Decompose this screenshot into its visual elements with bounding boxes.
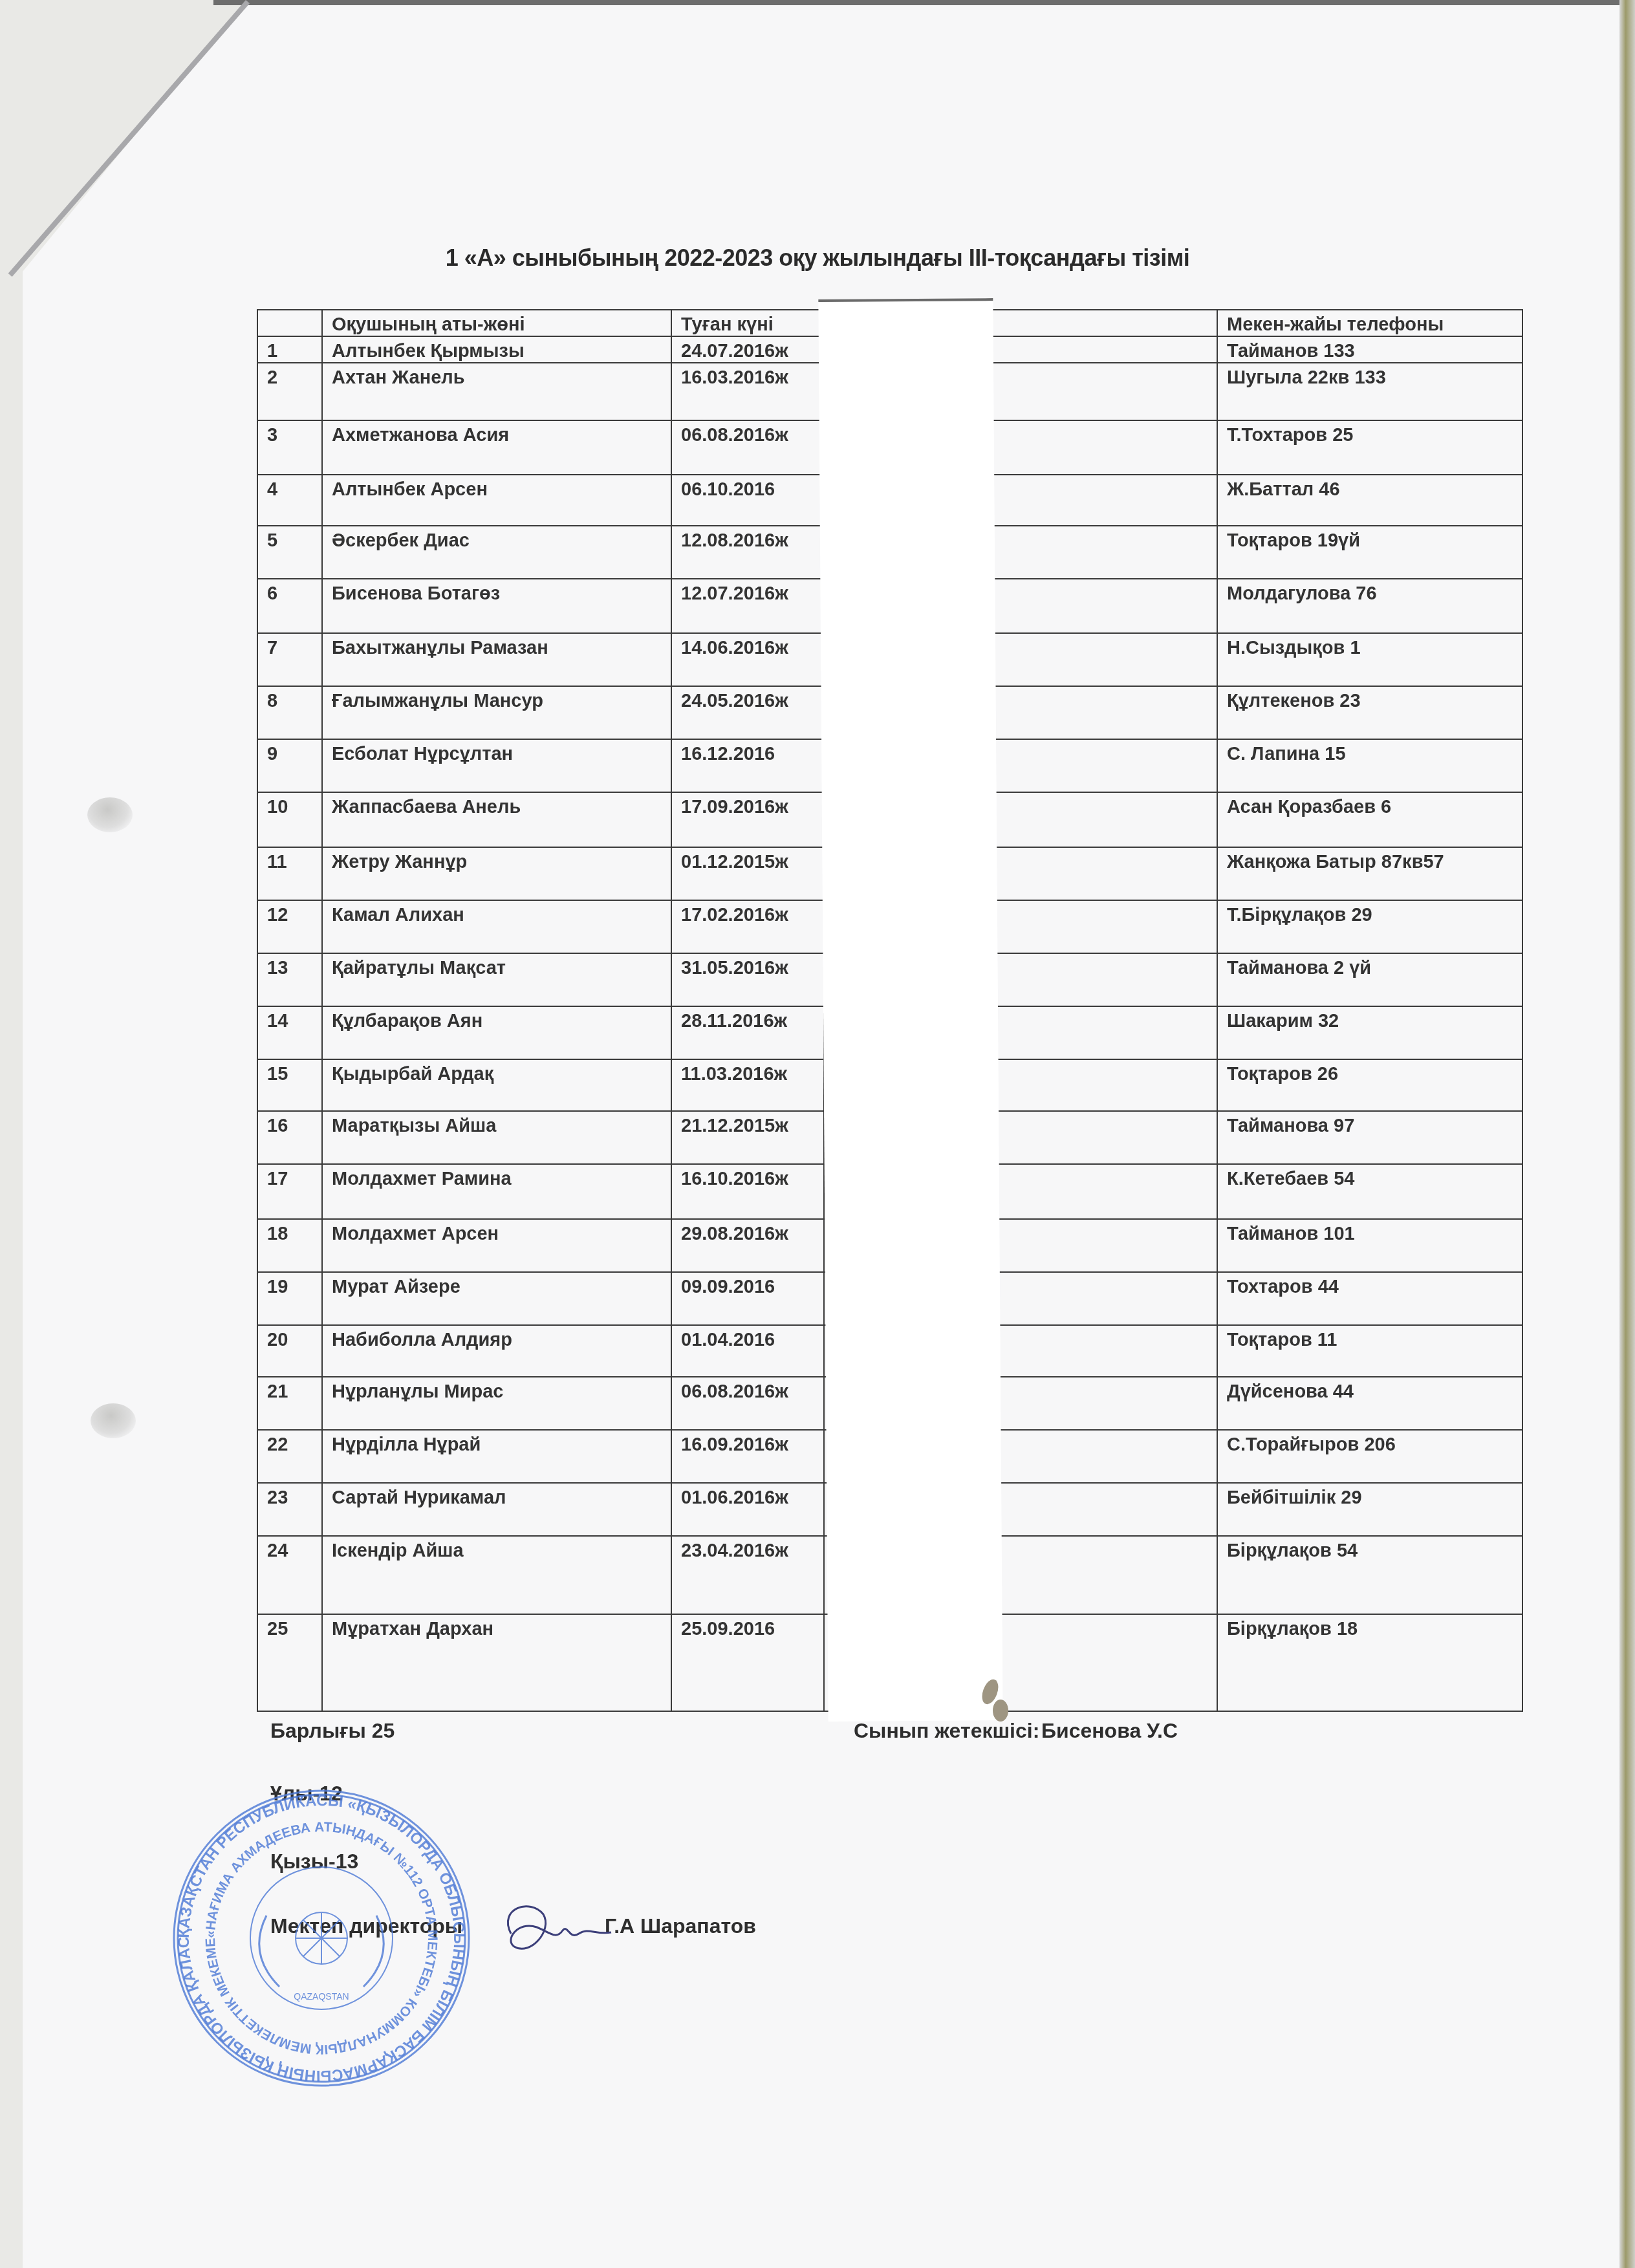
birth-date: 06.08.2016ж bbox=[671, 1377, 824, 1430]
header-address-phone: Мекен-жайы телефоны bbox=[1217, 310, 1522, 336]
birth-date: 01.12.2015ж bbox=[671, 847, 824, 900]
student-name: Ахтан Жанель bbox=[322, 363, 671, 420]
student-name: Қыдырбай Ардақ bbox=[322, 1059, 671, 1111]
row-number: 19 bbox=[257, 1272, 322, 1325]
punch-hole-mark bbox=[87, 797, 133, 832]
row-number: 22 bbox=[257, 1430, 322, 1483]
row-number: 14 bbox=[257, 1006, 322, 1059]
row-number: 2 bbox=[257, 363, 322, 420]
address: Тоқтаров 11 bbox=[1217, 1325, 1522, 1377]
punch-hole-mark bbox=[91, 1403, 136, 1438]
birth-date: 06.08.2016ж bbox=[671, 420, 824, 475]
birth-date: 17.02.2016ж bbox=[671, 900, 824, 953]
address: Тайманов 101 bbox=[1217, 1219, 1522, 1272]
row-number: 25 bbox=[257, 1614, 322, 1711]
student-name: Әскербек Диас bbox=[322, 526, 671, 579]
address: К.Кетебаев 54 bbox=[1217, 1164, 1522, 1219]
student-name: Сартай Нурикамал bbox=[322, 1483, 671, 1536]
student-name: Нұрланұлы Мирас bbox=[322, 1377, 671, 1430]
header-birth-date: Туған күні bbox=[671, 310, 824, 336]
student-name: Жетру Жаннұр bbox=[322, 847, 671, 900]
school-seal-stamp: ҚАЗАҚСТАН РЕСПУБЛИКАСЫ «ҚЫЗЫЛОРДА ОБЛЫСЫ… bbox=[169, 1786, 473, 2090]
student-name: Ғалымжанұлы Мансур bbox=[322, 686, 671, 739]
row-number: 20 bbox=[257, 1325, 322, 1377]
page-top-edge bbox=[213, 0, 1623, 5]
address: Тайманов 133 bbox=[1217, 336, 1522, 363]
birth-date: 12.08.2016ж bbox=[671, 526, 824, 579]
header-student-name: Оқушының аты-жөні bbox=[322, 310, 671, 336]
redaction-paper-strip bbox=[818, 298, 1002, 1722]
student-name: Мұратхан Дархан bbox=[322, 1614, 671, 1711]
scanner-right-edge bbox=[1619, 0, 1635, 2268]
row-number: 4 bbox=[257, 475, 322, 526]
director-signature bbox=[492, 1895, 614, 1960]
student-name: Бахытжанұлы Рамазан bbox=[322, 633, 671, 686]
birth-date: 01.04.2016 bbox=[671, 1325, 824, 1377]
header-number bbox=[257, 310, 322, 336]
director-name: Г.А Шарапатов bbox=[605, 1914, 756, 1938]
stain-mark bbox=[993, 1700, 1008, 1722]
row-number: 5 bbox=[257, 526, 322, 579]
row-number: 3 bbox=[257, 420, 322, 475]
total-count: Барлығы 25 bbox=[270, 1719, 395, 1743]
student-name: Жаппасбаева Анель bbox=[322, 792, 671, 847]
birth-date: 23.04.2016ж bbox=[671, 1536, 824, 1614]
birth-date: 29.08.2016ж bbox=[671, 1219, 824, 1272]
birth-date: 28.11.2016ж bbox=[671, 1006, 824, 1059]
row-number: 11 bbox=[257, 847, 322, 900]
birth-date: 16.03.2016ж bbox=[671, 363, 824, 420]
document-title: 1 «А» сыныбының 2022-2023 оқу жылындағы … bbox=[0, 244, 1635, 272]
address: Дүйсенова 44 bbox=[1217, 1377, 1522, 1430]
birth-date: 01.06.2016ж bbox=[671, 1483, 824, 1536]
row-number: 9 bbox=[257, 739, 322, 792]
student-name: Камал Алихан bbox=[322, 900, 671, 953]
row-number: 8 bbox=[257, 686, 322, 739]
row-number: 24 bbox=[257, 1536, 322, 1614]
student-name: Молдахмет Рамина bbox=[322, 1164, 671, 1219]
address: С.Торайғыров 206 bbox=[1217, 1430, 1522, 1483]
address: Т.Тохтаров 25 bbox=[1217, 420, 1522, 475]
address: Бейбітшілік 29 bbox=[1217, 1483, 1522, 1536]
student-name: Мурат Айзере bbox=[322, 1272, 671, 1325]
address: Ж.Баттал 46 bbox=[1217, 475, 1522, 526]
row-number: 7 bbox=[257, 633, 322, 686]
row-number: 17 bbox=[257, 1164, 322, 1219]
student-name: Алтынбек Қырмызы bbox=[322, 336, 671, 363]
class-teacher-name: Бисенова У.С bbox=[1041, 1719, 1178, 1743]
student-name: Ахметжанова Асия bbox=[322, 420, 671, 475]
row-number: 15 bbox=[257, 1059, 322, 1111]
address: Бірқұлақов 18 bbox=[1217, 1614, 1522, 1711]
birth-date: 16.10.2016ж bbox=[671, 1164, 824, 1219]
row-number: 10 bbox=[257, 792, 322, 847]
address: Тайманова 2 үй bbox=[1217, 953, 1522, 1006]
student-name: Іскендір Айша bbox=[322, 1536, 671, 1614]
birth-date: 16.12.2016 bbox=[671, 739, 824, 792]
student-name: Набиболла Алдияр bbox=[322, 1325, 671, 1377]
student-name: Алтынбек Арсен bbox=[322, 475, 671, 526]
address: Т.Бірқұлақов 29 bbox=[1217, 900, 1522, 953]
birth-date: 11.03.2016ж bbox=[671, 1059, 824, 1111]
address: Жанқожа Батыр 87кв57 bbox=[1217, 847, 1522, 900]
address: Құлтекенов 23 bbox=[1217, 686, 1522, 739]
address: Тохтаров 44 bbox=[1217, 1272, 1522, 1325]
row-number: 1 bbox=[257, 336, 322, 363]
row-number: 21 bbox=[257, 1377, 322, 1430]
birth-date: 31.05.2016ж bbox=[671, 953, 824, 1006]
student-name: Маратқызы Айша bbox=[322, 1111, 671, 1164]
student-name: Молдахмет Арсен bbox=[322, 1219, 671, 1272]
student-name: Қайратұлы Мақсат bbox=[322, 953, 671, 1006]
row-number: 23 bbox=[257, 1483, 322, 1536]
address: Шакарим 32 bbox=[1217, 1006, 1522, 1059]
class-teacher-label: Сынып жетекшісі: bbox=[854, 1719, 1039, 1743]
birth-date: 16.09.2016ж bbox=[671, 1430, 824, 1483]
address: Молдагулова 76 bbox=[1217, 579, 1522, 633]
birth-date: 09.09.2016 bbox=[671, 1272, 824, 1325]
stamp-emblem-text: QAZAQSTAN bbox=[294, 1991, 349, 2002]
address: Тайманова 97 bbox=[1217, 1111, 1522, 1164]
row-number: 13 bbox=[257, 953, 322, 1006]
row-number: 12 bbox=[257, 900, 322, 953]
address: Шугыла 22кв 133 bbox=[1217, 363, 1522, 420]
row-number: 16 bbox=[257, 1111, 322, 1164]
birth-date: 06.10.2016 bbox=[671, 475, 824, 526]
row-number: 6 bbox=[257, 579, 322, 633]
address: Н.Сыздықов 1 bbox=[1217, 633, 1522, 686]
birth-date: 14.06.2016ж bbox=[671, 633, 824, 686]
address: Тоқтаров 26 bbox=[1217, 1059, 1522, 1111]
student-name: Нұрділла Нұрай bbox=[322, 1430, 671, 1483]
address: Асан Қоразбаев 6 bbox=[1217, 792, 1522, 847]
birth-date: 24.07.2016ж bbox=[671, 336, 824, 363]
student-name: Бисенова Ботагөз bbox=[322, 579, 671, 633]
birth-date: 24.05.2016ж bbox=[671, 686, 824, 739]
address: С. Лапина 15 bbox=[1217, 739, 1522, 792]
birth-date: 12.07.2016ж bbox=[671, 579, 824, 633]
row-number: 18 bbox=[257, 1219, 322, 1272]
birth-date: 25.09.2016 bbox=[671, 1614, 824, 1711]
student-name: Есболат Нұрсұлтан bbox=[322, 739, 671, 792]
birth-date: 17.09.2016ж bbox=[671, 792, 824, 847]
address: Бірқұлақов 54 bbox=[1217, 1536, 1522, 1614]
student-name: Құлбарақов Аян bbox=[322, 1006, 671, 1059]
birth-date: 21.12.2015ж bbox=[671, 1111, 824, 1164]
address: Тоқтаров 19үй bbox=[1217, 526, 1522, 579]
